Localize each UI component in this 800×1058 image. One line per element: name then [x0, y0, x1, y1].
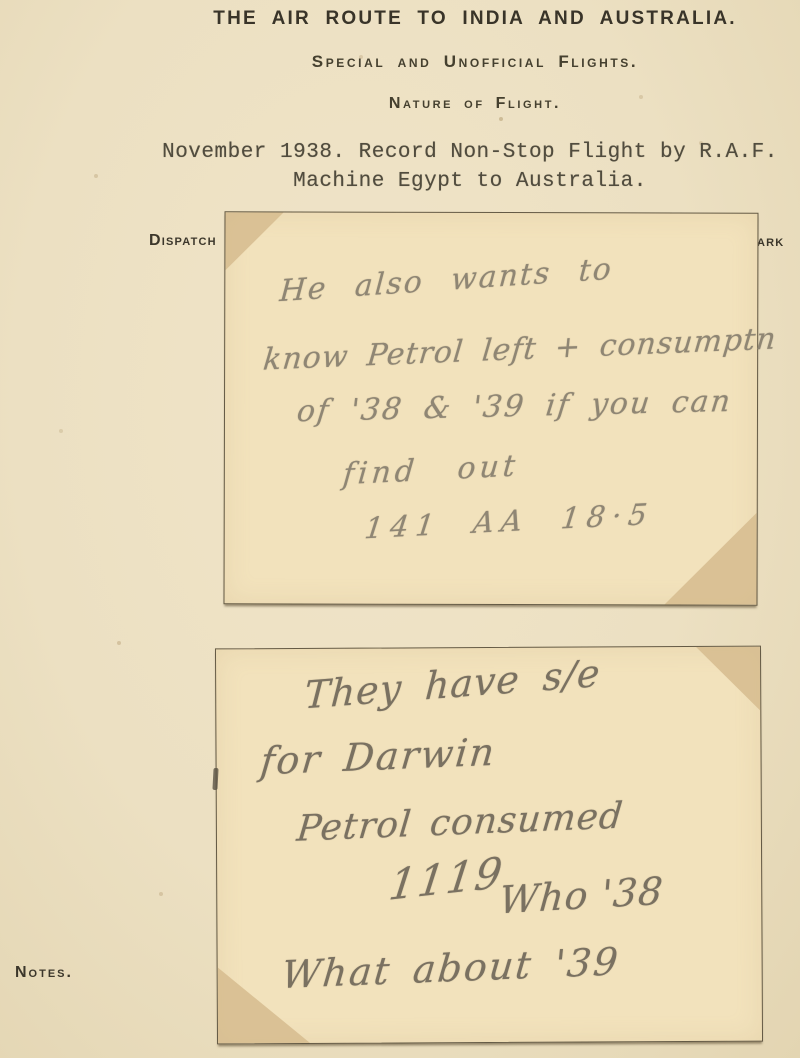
photo-corner-bottom-right: [664, 512, 756, 604]
note-card-1: He also wants to know Petrol left + cons…: [223, 211, 758, 605]
handwritten-line: He also wants to: [278, 252, 614, 310]
typewritten-line-1: November 1938. Record Non-Stop Flight by…: [108, 138, 800, 167]
subtitle-nature-of-flight: Nature of Flight.: [115, 95, 800, 113]
notes-label: Notes.: [15, 964, 73, 982]
handwritten-line: They have s/e: [303, 651, 602, 718]
album-page: THE AIR ROUTE TO INDIA AND AUSTRALIA. Sp…: [0, 0, 800, 1058]
handwritten-line: for Darwin: [258, 730, 498, 784]
handwritten-line: find out: [341, 448, 520, 492]
handwritten-line: Petrol consumed: [295, 796, 625, 850]
handwritten-line: of '38 & '39 if you can: [295, 384, 734, 429]
handwritten-line: 141 AA 18·5: [363, 497, 656, 546]
remark-label-fragment: ark: [757, 233, 784, 251]
page-title: THE AIR ROUTE TO INDIA AND AUSTRALIA.: [115, 8, 800, 30]
handwritten-line: Who '38: [498, 869, 666, 923]
dispatch-label: Dispatch: [149, 232, 217, 250]
photo-corner-top-left: [225, 212, 283, 270]
typewritten-line-2: Machine Egypt to Australia.: [108, 167, 800, 196]
note-card-2: They have s/e for Darwin Petrol consumed…: [215, 646, 763, 1045]
typewritten-caption: November 1938. Record Non-Stop Flight by…: [108, 138, 800, 196]
handwritten-line: What about '39: [280, 939, 622, 997]
handwritten-line: know Petrol left + consumptn: [262, 321, 779, 377]
subtitle-special-flights: Special and Unofficial Flights.: [115, 52, 800, 72]
photo-corner-top-right: [696, 647, 760, 711]
paper-speckles: [0, 0, 2, 2]
handwritten-line: 1119: [386, 847, 507, 910]
